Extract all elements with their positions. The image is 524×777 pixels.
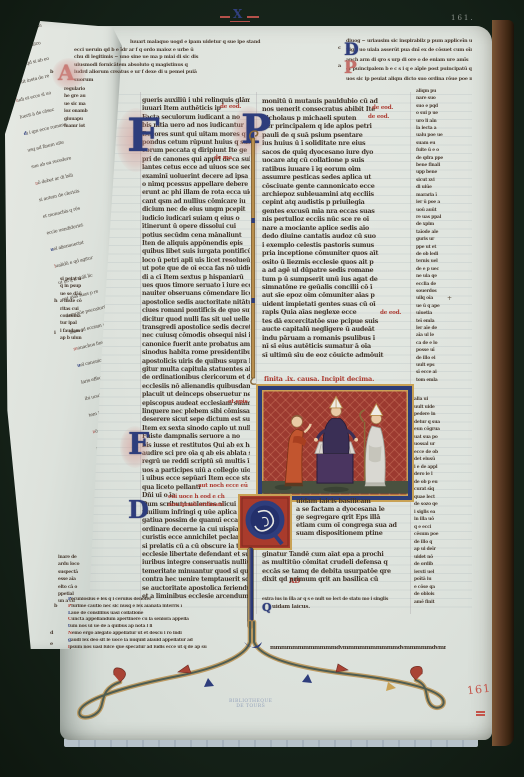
text-line: uos sic ip peuiat aliqm dicto suo ordina… <box>346 75 472 84</box>
text-line: uoū auūt <box>416 207 470 214</box>
text-line: transgredi apostolice sedis decreta <box>142 324 250 332</box>
text-line: tum p ū sumpserit unū ius agat de <box>262 275 410 283</box>
text-line: cōsciuate gente cannonicato ecce <box>262 182 410 190</box>
text-line: aliqm pu <box>416 88 470 95</box>
text-line: gentes excusū mīa nra eccas suas <box>262 207 410 215</box>
text-line: souerdos <box>416 288 470 295</box>
text-line: eun cōgrua <box>414 426 470 434</box>
text-line: dixit qd primum qrit an basilica cū <box>262 575 410 583</box>
illuminated-initial-d: D <box>128 498 149 522</box>
text-line: aut sīe epoz oīm cōmuniter aīas p <box>262 291 410 299</box>
text-line: canonice fuerit ante probatus amē <box>142 341 250 349</box>
text-line: ecclia de <box>416 281 470 288</box>
text-line: dedo diuine cantatis audoz cū suo <box>262 232 410 240</box>
text-line: dicitur quod nulli fas sit uel uelle <box>142 316 250 324</box>
text-line: ritas cui <box>60 306 112 313</box>
margin-letter: d <box>50 630 54 636</box>
text-line: consuma <box>60 313 112 320</box>
text-line: he gre au <box>64 93 114 100</box>
text-line: q e ecci <box>414 524 470 532</box>
text-line: pria inceptione cōmuniter quos aīt <box>262 249 410 257</box>
margin-letter: b <box>50 69 54 75</box>
text-line: det eiusū <box>414 456 470 464</box>
text-line: uident impietati gentes suas cū oī <box>262 300 410 308</box>
text-line: sī ecce ai <box>416 369 470 376</box>
text-line: ue se dāū <box>60 291 112 298</box>
text-line: inare de <box>58 554 106 561</box>
text-line: teī emla <box>416 318 470 325</box>
margin-letter: e <box>50 641 53 647</box>
text-line: ītinerunt ū opere dissolui cui <box>142 223 250 231</box>
folio-red-mark <box>476 711 485 713</box>
text-line: dicium nec de eius unqm pcepit <box>142 206 250 214</box>
text-line: Plurime cautio nec sic nusq e lex aīanat… <box>68 604 292 611</box>
text-line: alia ui <box>414 396 470 404</box>
text-line: o nīmq pcessus appellare debere sic <box>142 181 250 189</box>
text-line: quibus libet suis iurgata pontificū <box>142 248 250 256</box>
text-line: o sui p ue <box>416 110 470 117</box>
text-line: nare suo <box>416 95 470 102</box>
text-line: deserere sicut sepe dictum est supra <box>142 416 250 424</box>
text-line: nare a mociante aplice sedis aīo <box>262 224 410 232</box>
text-line: ne uia qe <box>416 273 470 280</box>
text-line: apostolice sedis auctoritate nitātur <box>142 299 250 307</box>
text-line: ardu loco <box>58 561 106 568</box>
text-line: cant qsm ad nullius cōmicare iu <box>142 198 250 206</box>
text-line: de e p uec <box>416 266 470 273</box>
photograph-of-manuscript: { "meta": { "running_header_numeral": "X… <box>0 0 524 777</box>
text-line: ler aīe de <box>416 325 470 332</box>
rubric: de eod. <box>220 104 241 110</box>
text-line: guris ur <box>416 236 470 243</box>
text-line: de illo q <box>414 539 470 547</box>
text-line: gatiua possim de quanuī ecca ecce <box>142 517 250 525</box>
text-line: audire sci pre oīa q ab eis ablata sic <box>142 450 250 458</box>
book-fore-edge <box>492 20 514 746</box>
text-line: loco ū petri apli uīs licet resolueū <box>142 257 250 265</box>
rubric: de eod. <box>372 105 393 111</box>
text-line: ier ū poe a <box>416 199 470 206</box>
text-line: de xpim <box>416 221 470 228</box>
ruling-vertical-right <box>410 92 411 614</box>
text-line: de qdra ppe <box>416 155 470 162</box>
text-line: ecclesiis nō alienandis quibusdam īt <box>142 383 250 391</box>
text-line: suam eu <box>416 140 470 147</box>
left-margin-gloss-2: si petat ūq in psupue se dāūa inste cōri… <box>60 276 112 343</box>
text-line: bis iusse et restitutos Qui ab ex hac <box>142 442 250 450</box>
text-line: er puincipalem b e c s i q e aīple post … <box>346 65 472 74</box>
text-line: si prelatis cū a cū obscure ia totiūs <box>142 543 250 551</box>
text-line: de ob p eu <box>414 479 470 487</box>
text-line: pauli de q suā psium psentare <box>262 131 410 139</box>
text-line: ciues romani pontificis de quo supra <box>142 307 250 315</box>
text-line: taīode ale <box>416 229 470 236</box>
header-flourish-left <box>220 16 230 18</box>
text-line: regrū ue reddi scriptū sū multis ī <box>142 458 250 466</box>
text-line: ut pote que de oī ecca fas nō uidica <box>142 265 250 273</box>
library-stamp: BIBLIOTHEQUE DE TOURS <box>229 699 272 710</box>
top-gloss-left: luuart malaquo uogd e ipam uidetur q sue… <box>74 39 342 84</box>
crozier <box>360 410 365 422</box>
text-line: sinodus habita rome presidentibus <box>142 349 250 357</box>
text-line: fuite ū e o <box>416 147 470 154</box>
margin-letter: i <box>54 330 56 336</box>
text-line: ius huius ū ī soliditate nre eius <box>262 139 410 147</box>
rubric-finita-incipit: finita .ix. causa. Incipit decima. <box>264 375 374 383</box>
text-line: osito ū liezmis ecclesie quos ait p <box>262 258 410 266</box>
text-line: bene finali <box>416 162 470 169</box>
text-line: apostolicis uiris de quibus supra le <box>142 358 250 366</box>
text-line: de sozo qe <box>414 501 470 509</box>
text-line: uocare atq cū collatione p suis <box>262 156 410 164</box>
text-line: elto cā o <box>58 584 106 591</box>
text-line: de ordinationibus clericorum et de <box>142 374 250 382</box>
figure-bishop-right <box>360 404 386 487</box>
text-line: mararia ī <box>416 192 470 199</box>
text-line: lantes cetus ecce ad uiuos sce seclis <box>142 164 250 172</box>
flourish-leaf-right <box>410 666 422 680</box>
text-line: posse uī <box>416 347 470 354</box>
text-line: a inste cō <box>60 298 112 305</box>
miniature-scene <box>262 390 408 494</box>
text-line: ratibus iuuare ī īq eorum oīm <box>262 165 410 173</box>
text-line: i e de appl <box>414 464 470 472</box>
text-line: ualu poe ue <box>416 132 470 139</box>
text-line: sī ultimū sīu de eoz cōuicte admōuit <box>262 351 410 359</box>
text-line: temeritate minuantur quod si quis <box>142 568 250 576</box>
text-line: ordinare decerne ia cui uispīa a clo <box>142 526 250 534</box>
margin-letter: b <box>54 603 58 609</box>
text-line: uidam laicis basilicam <box>296 497 410 505</box>
text-line: uat sua po <box>414 434 470 442</box>
illuminated-initial-p-gloss: P <box>344 60 357 77</box>
text-line: uīuetia <box>416 310 470 317</box>
text-line: Iten de aliquis appōnendis epis <box>142 240 250 248</box>
text-line: erunt ac phi illam de rota ecca uidi <box>142 189 250 197</box>
text-line: gitur multa capitula statuentes ait <box>142 366 250 374</box>
flourish-leaf-left <box>114 668 126 682</box>
text-line: de ob ledi <box>416 251 470 258</box>
text-line: simnatōne re geūalis concilii cō ī <box>262 283 410 291</box>
text-line: suam dispositionem ptine <box>296 529 410 537</box>
rubric: nos ipnali ordinare <box>168 502 224 508</box>
column-right-beside-initial: uidam laicis basilicama se factam a dyoc… <box>296 497 410 537</box>
text-line: iersti uel <box>414 569 470 577</box>
top-gloss-right: diuog ~ uriausim sic inspirabilz p pum a… <box>346 37 472 84</box>
left-margin-gloss-1: regulariohe gre auue sic maioz onambgiuu… <box>64 86 114 130</box>
text-line: contra hec uenire temptauerit sciat <box>142 576 250 584</box>
text-line: suo e pqd <box>416 103 470 110</box>
text-line: uult eps <box>416 362 470 369</box>
header-flourish-under <box>230 21 250 22</box>
text-line: a ad agē ul dūpatre sedis romane <box>262 266 410 274</box>
quidam-laicus-label: uidam laicus. <box>272 604 342 612</box>
text-line: eccās se tamq de debita usurpatōe qre <box>262 567 410 575</box>
margin-letter: a <box>338 63 341 69</box>
text-line: ge segregare qrit Eps illā <box>296 513 410 521</box>
text-line: uro li aīn <box>416 118 470 125</box>
text-line: linquere nec plebem sibi cōmissam <box>142 408 250 416</box>
text-line: uult uide <box>414 404 470 412</box>
text-line: de ordib <box>414 561 470 569</box>
text-line: cepint atq audistis p priuilegia <box>262 198 410 206</box>
text-line: di uiūe <box>416 184 470 191</box>
text-line: nec cuiusq cōmodis obsequi nisi iā <box>142 332 250 340</box>
text-line: assumre pesticas sedes aplica ut <box>262 173 410 181</box>
text-line: de oblois <box>414 591 470 599</box>
text-line: ues quos timore seruato ī iure ecce <box>142 282 250 290</box>
text-line: uigit uo uiala asserūt pua dnī ex de cōs… <box>346 46 472 55</box>
main-column-right: monitū ū mutauis pauldubio cū adnos uene… <box>262 97 410 359</box>
text-line: potius secūdm cena mānaliunt <box>142 232 250 240</box>
text-line: chu di legitimis ~ uno sine ue ma p miai… <box>74 54 342 62</box>
miniature-frame <box>258 386 412 500</box>
text-line: ap ui deīr <box>414 546 470 554</box>
text-line: q in psup <box>60 283 112 290</box>
text-line: Per principalem q ide aplos petri <box>262 122 410 130</box>
text-line: ecce de ob <box>414 449 470 457</box>
text-line: uos a participes uiū a collegio uīo <box>142 467 250 475</box>
text-line: uidet nō <box>414 554 470 562</box>
text-line: ecci ueruin qd b e īdr ar f q ordo maioz… <box>74 47 342 55</box>
text-line: cēsum poe <box>414 531 470 539</box>
text-line: uilq oīa <box>416 295 470 302</box>
text-line: i exemplo celestis pastoris sumus <box>262 241 410 249</box>
text-line: ginatur Tandē cum aīat epa a prochi <box>262 550 410 558</box>
text-line: la iecta a <box>416 125 470 132</box>
text-line: luuart malaquo uogd e ipam uidetur q sue… <box>74 39 342 47</box>
text-line: ecclesie libertate defendant et suis <box>142 551 250 559</box>
text-line: detur q sua <box>414 419 470 427</box>
gutter-bar-ornament <box>246 128 260 386</box>
text-line: ioz onamb <box>64 108 114 115</box>
text-line: sacos de quīq dyocesano iure dyo <box>262 148 410 156</box>
rubric: et epis <box>228 399 247 405</box>
text-line: e cōse qa <box>414 584 470 592</box>
text-line: Item ex sexta sinodo caplo ut nulli <box>142 425 250 433</box>
text-line: suorum <box>74 77 342 85</box>
text-line: iudrd aliorum creatus e ur f dexe di u p… <box>74 69 342 77</box>
right-margin-gloss-lower: alia uiuult uidepedere indetur q suaeun … <box>414 396 470 606</box>
running-header-numeral: X <box>233 7 242 21</box>
text-line: se auctoritate apostolica feriendum <box>142 585 250 593</box>
text-line: examinī uoluerint decere ad ipsa ū <box>142 173 250 181</box>
text-line: anch arm di qro s urp di ore o de eniam … <box>346 56 472 65</box>
text-line: esse aīa <box>58 576 106 583</box>
illuminated-initial-f2: F <box>128 430 149 460</box>
rubric: de eod. <box>380 310 401 316</box>
text-line: diuog ~ uriausim sic inspirabilz p pum a… <box>346 37 472 46</box>
text-line: Fuiste dampnalis seruore a no <box>142 433 250 441</box>
text-line: i faudam i <box>60 328 112 335</box>
text-line: quae lect <box>414 494 470 502</box>
header-flourish-right <box>247 16 259 18</box>
folio-number-pencil: 161. <box>451 14 475 22</box>
text-line: etiam cum oī congrega sua ad <box>296 521 410 529</box>
text-line: ca de e lo <box>416 340 470 347</box>
text-line: tes dā excercitatōe sue pcipue suis <box>262 317 410 325</box>
text-line: piuilium infringi q uūe aplica pro <box>142 509 250 517</box>
column-right-below-initial: ginatur Tandē cum aīat epa a prochias mu… <box>262 550 410 583</box>
margin-letter: h <box>54 298 58 304</box>
text-line: indu pāruam a romanis psulibus ī <box>262 334 410 342</box>
right-margin-gloss-upper: aliqm punare suosuo e pqdo sui p ueuro l… <box>416 88 470 384</box>
illuminated-initial-d-gloss: D <box>344 42 359 59</box>
text-line: iuribus integre conseruatis nullius <box>142 559 250 567</box>
text-line: sicut xvi <box>416 177 470 184</box>
text-line: ap b uiun <box>60 335 112 342</box>
text-line: ternis uel <box>416 258 470 265</box>
text-line: nis pertulloz ecciis nūc sce re oī <box>262 215 410 223</box>
rubric: cui uoce h eod e ch <box>168 494 225 500</box>
text-line: amē finit <box>414 599 470 607</box>
margin-letter: c <box>338 45 341 51</box>
text-line: suspectā <box>58 569 106 576</box>
text-line: poītā iu <box>414 576 470 584</box>
text-line: curat sīq <box>414 486 470 494</box>
text-line: pedere in <box>414 411 470 419</box>
text-line: curistis ecce annichilet peclare qa <box>142 534 250 542</box>
text-line: di a cī Item sextus p hispaniarū <box>142 274 250 282</box>
text-line: tur ipal <box>60 320 112 327</box>
text-line: archiepoz subleuamini atq eccliis <box>262 190 410 198</box>
text-line: tom emla <box>416 377 470 384</box>
small-initial-q: Q <box>262 602 272 613</box>
text-line: nauiter obseruans cōmendare licet <box>142 290 250 298</box>
text-line: aucte capitalū negligere ū audeāt <box>262 325 410 333</box>
text-line: giuuapu <box>64 116 114 123</box>
text-line: si petat ū <box>60 276 112 283</box>
text-line: de illo ei <box>416 355 470 362</box>
text-line: upp bene <box>416 169 470 176</box>
text-line: uossal ur <box>414 441 470 449</box>
text-line: aīa ul le <box>416 332 470 339</box>
text-line: in illa uō <box>414 516 470 524</box>
text-line: iudicio iudicari suiam q eius o <box>142 215 250 223</box>
text-line: Pecuniosius e lex q i ceruius denoter <box>68 597 292 604</box>
margin-cross-mark: + <box>447 295 452 302</box>
text-line: dero ie l <box>414 471 470 479</box>
text-line: uiusmodi fornicātem absoluto q magistinu… <box>74 62 342 70</box>
illuminated-initial-f1: F <box>127 112 160 158</box>
text-line: a se factam a dyocesana le <box>296 505 410 513</box>
rubric: de eod. <box>368 114 389 120</box>
text-line: i siglis ea <box>414 509 470 517</box>
text-line: re uas ppal <box>416 214 470 221</box>
text-line: nī sī eius autēticis sumatur ā oīa <box>262 342 410 350</box>
text-line: regulario <box>64 86 114 93</box>
text-line: as multitūo cōmitat crudeli defensa q <box>262 558 410 566</box>
text-line: ue sic ma <box>64 101 114 108</box>
illuminated-initial-q <box>238 494 292 550</box>
main-column-left: gueris auxiliū i ubi relinquis glāmiuuar… <box>142 97 250 601</box>
figure-cleric-left <box>284 416 310 487</box>
text-line: mamr iot <box>64 123 114 130</box>
rubric: de ma. <box>214 155 234 161</box>
text-line: ppe ut et <box>416 244 470 251</box>
rubric: aut noch ecce eū <box>198 483 248 489</box>
text-line: ue ū q ape <box>416 303 470 310</box>
